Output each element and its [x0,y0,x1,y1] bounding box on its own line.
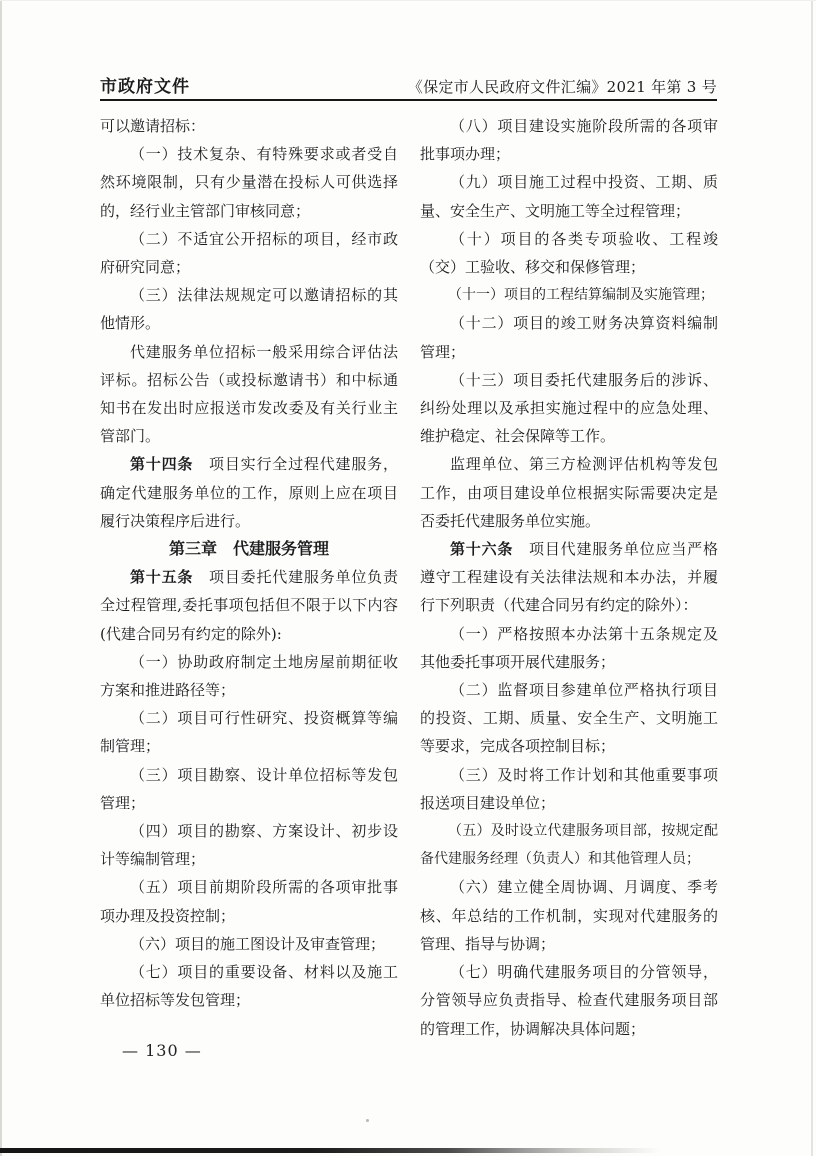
paragraph: （十）项目的各类专项验收、工程竣（交）工验收、移交和保修管理； [420,225,718,281]
page-header: 市政府文件 《保定市人民政府文件汇编》2021 年第 3 号 [100,72,717,97]
scan-speck [366,1119,369,1122]
left-column: 可以邀请招标：（一）技术复杂、有特殊要求或者受自然环境限制，只有少量潜在投标人可… [100,112,398,1043]
document-body: 可以邀请招标：（一）技术复杂、有特殊要求或者受自然环境限制，只有少量潜在投标人可… [100,112,718,1043]
article-number: 第十五条 [130,568,193,586]
paragraph: 代建服务单位招标一般采用综合评估法评标。招标公告（或投标邀请书）和中标通知书在发… [100,338,398,451]
scan-edge-left [0,0,2,1156]
paragraph: （三）法律法规规定可以邀请招标的其他情形。 [100,281,398,337]
paragraph: 第十五条 项目委托代建服务单位负责全过程管理,委托事项包括但不限于以下内容(代建… [100,563,398,648]
paragraph: （八）项目建设实施阶段所需的各项审批事项办理； [420,112,718,168]
chapter-heading: 第三章 代建服务管理 [100,535,398,563]
paragraph: （三）及时将工作计划和其他重要事项报送项目建设单位； [420,761,718,817]
paragraph: （六）项目的施工图设计及审查管理； [100,930,398,958]
paragraph: （五）及时设立代建服务项目部，按规定配备代建服务经理（负责人）和其他管理人员； [420,817,718,873]
header-doc-type: 市政府文件 [100,72,190,97]
article-number: 第十六条 [450,540,513,558]
scan-edge-right [811,0,813,1156]
paragraph: （六）建立健全周协调、月调度、季考核、年总结的工作机制，实现对代建服务的管理、指… [420,873,718,958]
paragraph: 监理单位、第三方检测评估机构等发包工作，由项目建设单位根据实际需要决定是否委托代… [420,450,718,535]
article-number: 第十四条 [130,455,193,473]
paragraph: （一）严格按照本办法第十五条规定及其他委托事项开展代建服务； [420,620,718,676]
scan-edge-top [0,0,816,1]
paragraph: （七）明确代建服务项目的分管领导，分管领导应负责指导、检查代建服务项目部的管理工… [420,958,718,1043]
page-number: — 130 — [122,1041,202,1060]
paragraph: （一）协助政府制定土地房屋前期征收方案和推进路径等； [100,648,398,704]
paragraph: （一）技术复杂、有特殊要求或者受自然环境限制，只有少量潜在投标人可供选择的，经行… [100,140,398,225]
paragraph: 第十六条 项目代建服务单位应当严格遵守工程建设有关法律法规和本办法，并履行下列职… [420,535,718,620]
paragraph: 第十四条 项目实行全过程代建服务，确定代建服务单位的工作，原则上应在项目履行决策… [100,450,398,535]
header-compilation-title: 《保定市人民政府文件汇编》2021 年第 3 号 [408,76,717,97]
header-rule [100,99,717,101]
scan-edge-bottom [0,1148,816,1153]
paragraph: （二）不适宜公开招标的项目，经市政府研究同意； [100,225,398,281]
paragraph: （九）项目施工过程中投资、工期、质量、安全生产、文明施工等全过程管理； [420,168,718,224]
paragraph: （十三）项目委托代建服务后的涉诉、纠纷处理以及承担实施过程中的应急处理、维护稳定… [420,366,718,451]
paragraph: （七）项目的重要设备、材料以及施工单位招标等发包管理； [100,958,398,1014]
paragraph: （十二）项目的竣工财务决算资料编制管理； [420,309,718,365]
paragraph: （十一）项目的工程结算编制及实施管理； [420,281,718,309]
paragraph: （四）项目的勘察、方案设计、初步设计等编制管理； [100,817,398,873]
paragraph: 可以邀请招标： [100,112,398,140]
paragraph: （二）监督项目参建单位严格执行项目的投资、工期、质量、安全生产、文明施工等要求，… [420,676,718,761]
paragraph: （二）项目可行性研究、投资概算等编制管理； [100,704,398,760]
paragraph: （三）项目勘察、设计单位招标等发包管理； [100,761,398,817]
document-page: 市政府文件 《保定市人民政府文件汇编》2021 年第 3 号 可以邀请招标：（一… [0,0,816,1156]
paragraph: （五）项目前期阶段所需的各项审批事项办理及投资控制； [100,873,398,929]
right-column: （八）项目建设实施阶段所需的各项审批事项办理；（九）项目施工过程中投资、工期、质… [420,112,718,1043]
